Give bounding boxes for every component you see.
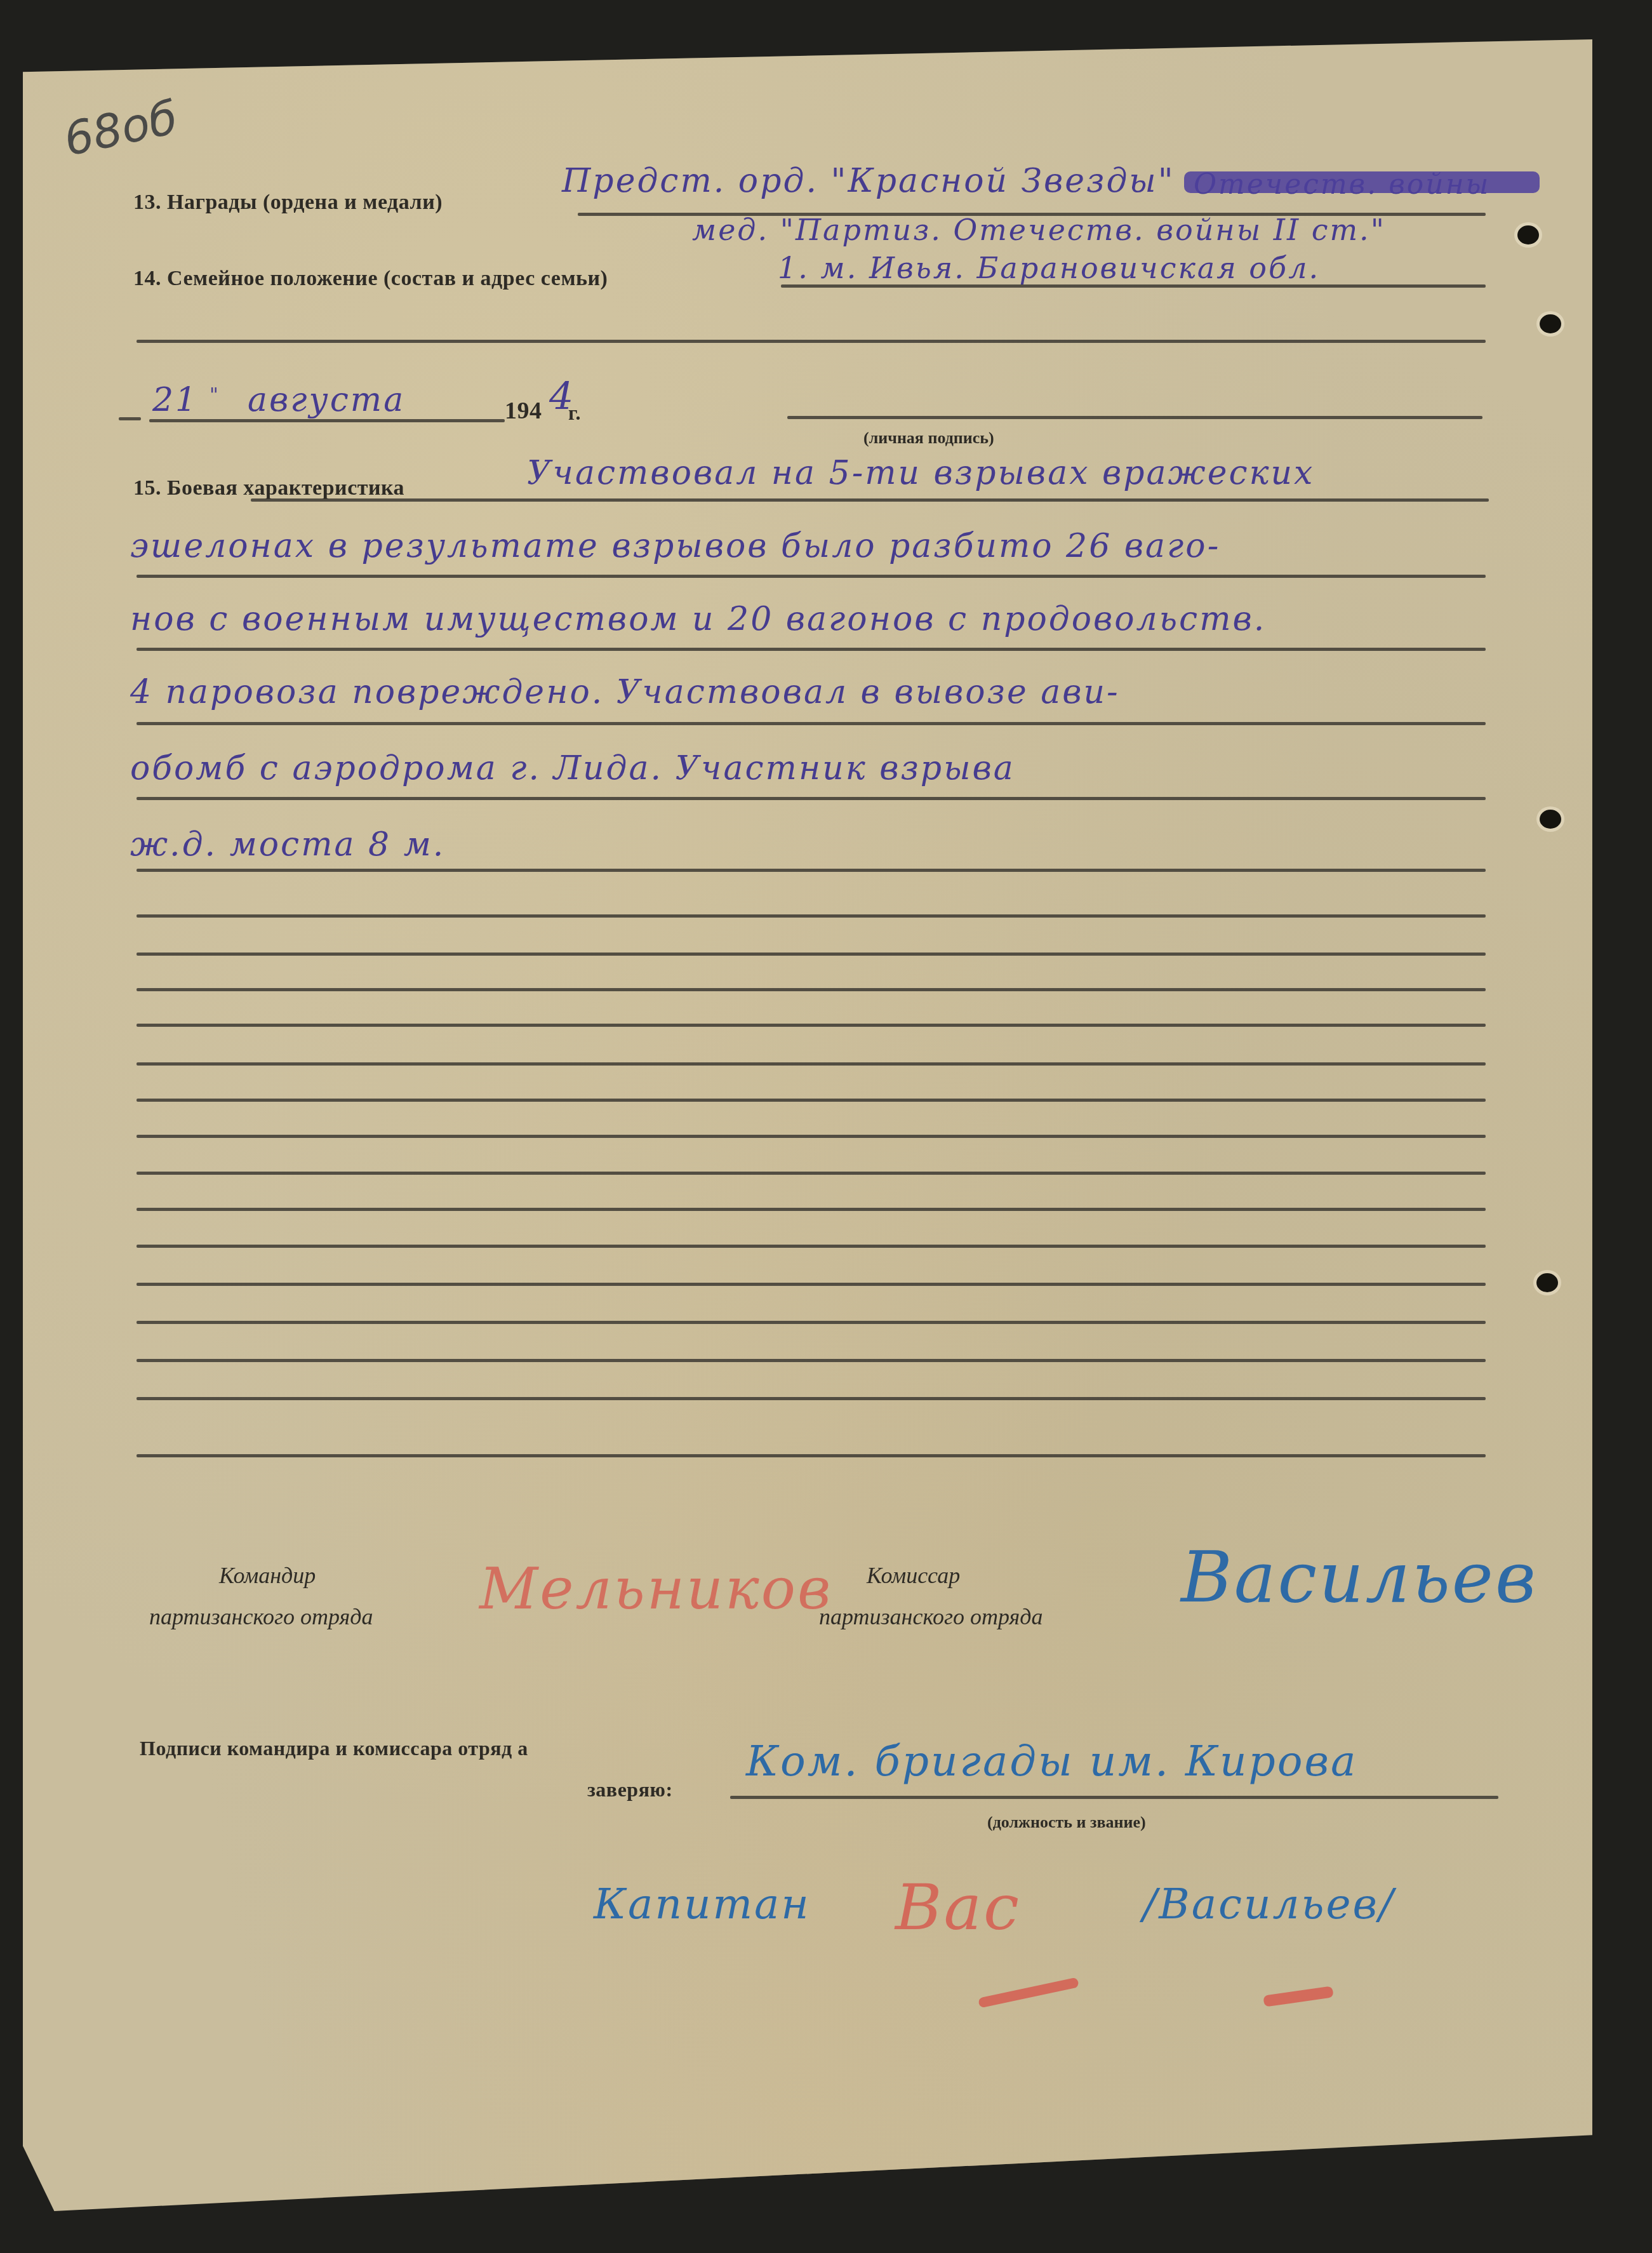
field-15-line-6: ж.д. моста 8 м. bbox=[130, 826, 445, 864]
signature-line bbox=[787, 416, 1482, 419]
rule-line bbox=[137, 722, 1486, 725]
rule-line bbox=[137, 797, 1486, 800]
commander-label-line2: партизанского отряда bbox=[149, 1603, 373, 1630]
rule-line bbox=[137, 1208, 1486, 1211]
rule-line bbox=[137, 575, 1486, 578]
binding-hole bbox=[1536, 1273, 1558, 1292]
rule-line bbox=[251, 498, 1489, 502]
field-15-line-1: Участвовал на 5-ти взрывах вражеских bbox=[527, 454, 1314, 492]
quote-mark: " bbox=[210, 384, 220, 406]
commander-label-line1: Командир bbox=[219, 1562, 316, 1589]
rule-line bbox=[137, 1454, 1486, 1457]
field-14-value: 1. м. Ивья. Барановичская обл. bbox=[778, 251, 1320, 285]
rule-line bbox=[137, 1245, 1486, 1248]
field-13-value-line1: Предст. орд. "Красной Звезды" bbox=[562, 162, 1175, 200]
rule-line bbox=[119, 417, 141, 420]
rule-line bbox=[137, 1135, 1486, 1138]
rule-line bbox=[137, 1397, 1486, 1400]
commissar-label-line1: Комиссар bbox=[867, 1562, 960, 1589]
date-year-prefix: 194 bbox=[505, 397, 542, 425]
date-year-unit: г. bbox=[568, 401, 581, 425]
field-15-label: 15. Боевая характеристика bbox=[133, 476, 404, 500]
rule-line bbox=[149, 419, 505, 422]
strikethrough-mark bbox=[1184, 171, 1540, 193]
rule-line bbox=[137, 914, 1486, 918]
field-13-value-line2: мед. "Партиз. Отечеств. войны II ст." bbox=[692, 213, 1386, 247]
commander-signature: Мельников bbox=[479, 1556, 832, 1622]
certify-caption: (должность и звание) bbox=[987, 1813, 1146, 1832]
commissar-label-line2: партизанского отряда bbox=[819, 1603, 1042, 1630]
field-15-line-3: нов с военным имуществом и 20 вагонов с … bbox=[130, 600, 1266, 638]
binding-hole bbox=[1517, 225, 1539, 244]
rule-line bbox=[137, 1359, 1486, 1362]
rule-line bbox=[137, 869, 1486, 872]
rule-line bbox=[137, 1321, 1486, 1324]
rule-line bbox=[137, 1283, 1486, 1286]
rule-line bbox=[137, 953, 1486, 956]
red-pencil-signature: Вас bbox=[895, 1870, 1021, 1944]
binding-hole bbox=[1540, 314, 1561, 333]
rule-line bbox=[730, 1796, 1498, 1799]
rule-line bbox=[137, 1172, 1486, 1175]
date-day: 21 bbox=[152, 381, 198, 419]
certify-value: Ком. бригады им. Кирова bbox=[746, 1737, 1357, 1786]
field-13-label: 13. Награды (ордена и медали) bbox=[133, 191, 443, 215]
field-15-line-4: 4 паровоза повреждено. Участвовал в выво… bbox=[130, 673, 1120, 711]
field-14-label: 14. Семейное положение (состав и адрес с… bbox=[133, 267, 608, 291]
rule-line bbox=[137, 1099, 1486, 1102]
binding-hole bbox=[1540, 810, 1561, 829]
rule-line bbox=[137, 1024, 1486, 1027]
commissar-signature: Васильев bbox=[1181, 1537, 1538, 1618]
signature-caption: (личная подпись) bbox=[863, 429, 994, 448]
certify-label-line2: заверяю: bbox=[587, 1778, 673, 1802]
final-signature-name: /Васильев/ bbox=[1143, 1880, 1395, 1929]
certify-label-line1: Подписи командира и комиссара отряд а bbox=[140, 1737, 528, 1760]
field-15-line-2: эшелонах в результате взрывов было разби… bbox=[130, 527, 1220, 565]
rule-line bbox=[137, 340, 1486, 343]
date-month: августа bbox=[248, 381, 405, 419]
rule-line bbox=[137, 648, 1486, 651]
rule-line bbox=[137, 1062, 1486, 1066]
rule-line bbox=[137, 988, 1486, 991]
rank: Капитан bbox=[594, 1880, 811, 1929]
rule-line bbox=[781, 284, 1486, 288]
field-15-line-5: обомб с аэродрома г. Лида. Участник взры… bbox=[130, 749, 1015, 787]
